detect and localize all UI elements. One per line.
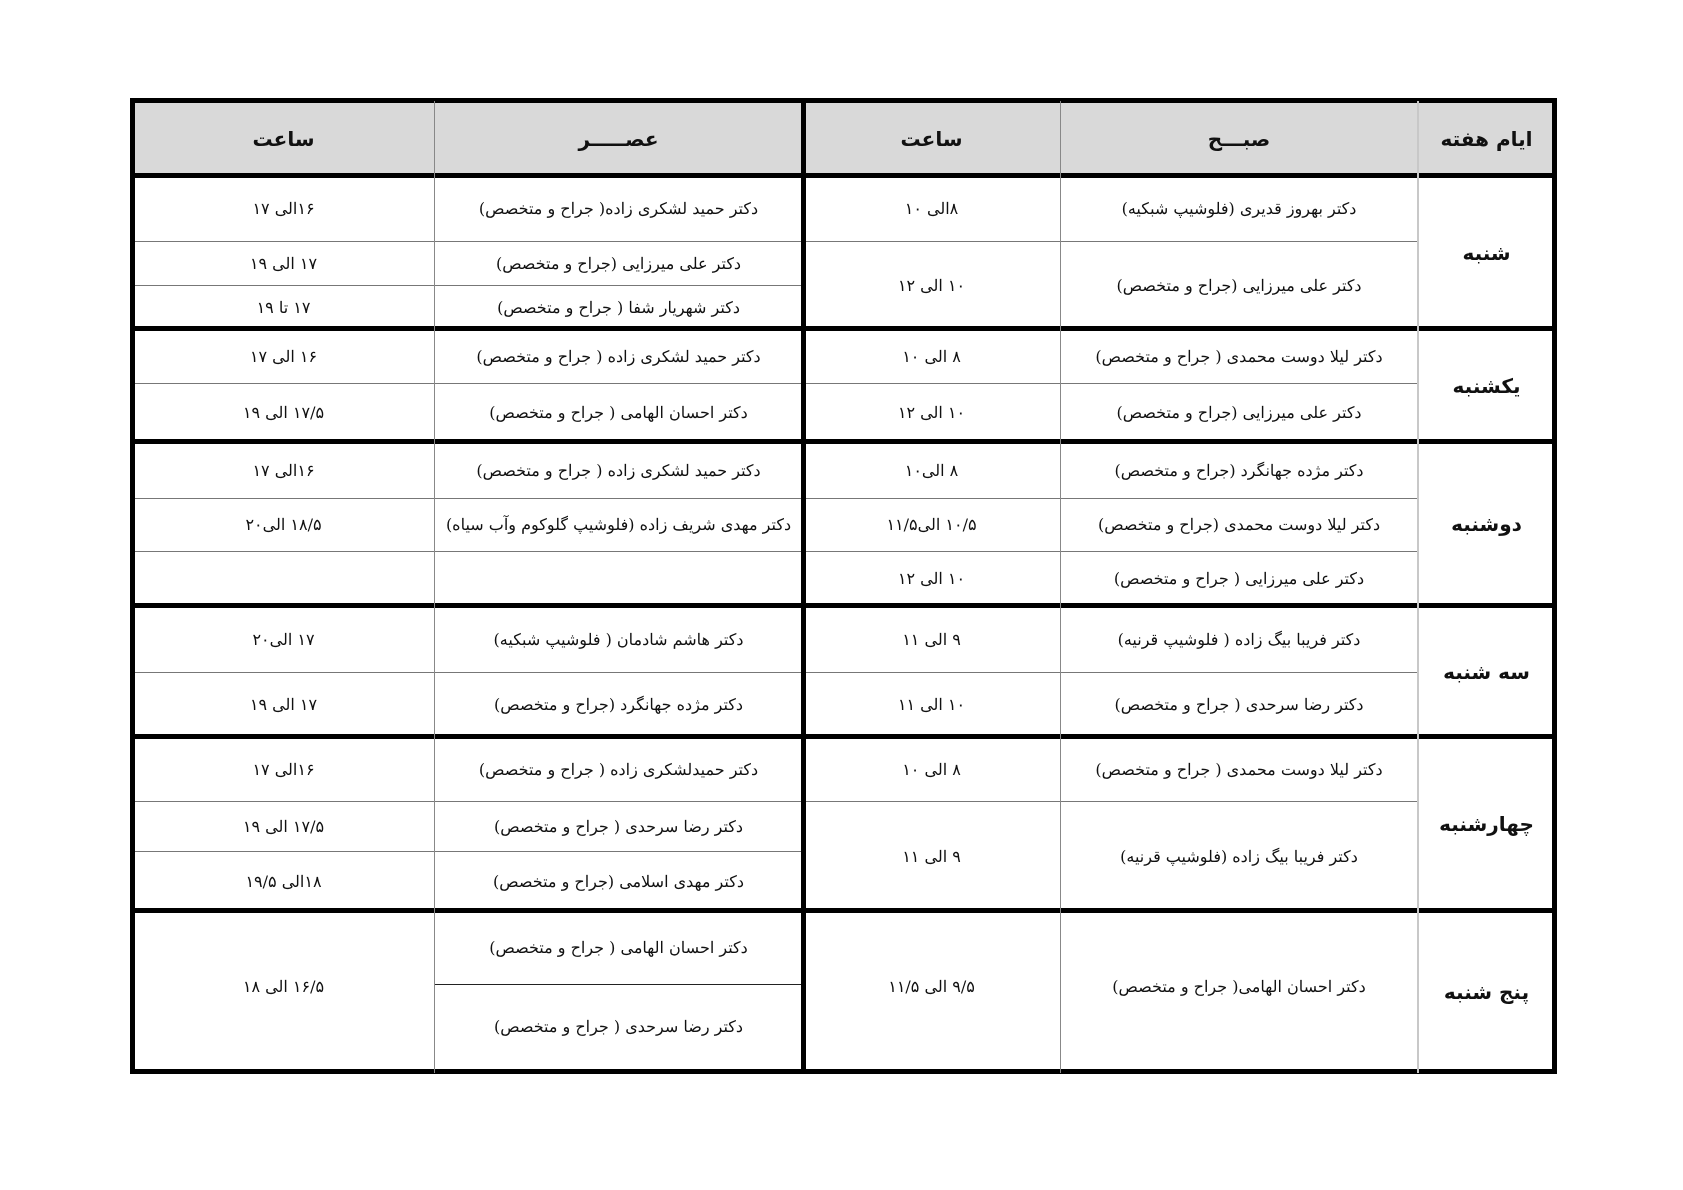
afternoon-time: ۱۶ الی ۱۷ xyxy=(133,329,434,383)
morning-doctor: دکتر لیلا دوست محمدی (جراح و متخصص) xyxy=(1060,498,1418,551)
afternoon-time: ۱۶الی ۱۷ xyxy=(133,176,434,241)
day-wednesday: چهارشنبه xyxy=(1418,737,1555,911)
day-sunday: یکشنبه xyxy=(1418,329,1555,442)
afternoon-doctor: دکتر رضا سرحدی ( جراح و متخصص) xyxy=(434,801,803,851)
row-divider xyxy=(803,241,1418,242)
afternoon-doctor: دکتر حمید لشکری زاده( جراح و متخصص) xyxy=(434,176,803,241)
afternoon-time: ۱۷/۵ الی ۱۹ xyxy=(133,801,434,851)
day-monday: دوشنبه xyxy=(1418,442,1555,606)
header-days: ایام هفته xyxy=(1418,101,1555,176)
afternoon-time: ۱۷ الی ۱۹ xyxy=(133,241,434,285)
afternoon-doctor: دکتر مهدی شریف زاده (فلوشیپ گلوکوم وآب س… xyxy=(434,498,803,551)
row-divider xyxy=(133,285,803,286)
afternoon-time: ۱۶الی ۱۷ xyxy=(133,737,434,801)
afternoon-time: ۱۸/۵ الی۲۰ xyxy=(133,498,434,551)
row-divider xyxy=(133,851,803,852)
afternoon-doctor: دکتر مژده جهانگرد (جراح و متخصص) xyxy=(434,672,803,737)
morning-time: ۸ الی ۱۰ xyxy=(803,329,1060,383)
row-divider xyxy=(133,672,1418,673)
day-divider xyxy=(133,734,1555,739)
afternoon-time: ۱۷ الی۲۰ xyxy=(133,606,434,672)
column-divider xyxy=(1060,101,1061,1073)
afternoon-doctor: دکتر احسان الهامی ( جراح و متخصص) xyxy=(434,383,803,442)
afternoon-doctor: دکتر رضا سرحدی ( جراح و متخصص) xyxy=(434,984,803,1068)
day-saturday: شنبه xyxy=(1418,176,1555,329)
morning-time: ۱۰/۵ الی۱۱/۵ xyxy=(803,498,1060,551)
table-border-bottom xyxy=(133,1069,1555,1074)
row-divider xyxy=(133,801,1418,802)
header-divider xyxy=(133,173,1555,178)
morning-time: ۸ الی ۱۰ xyxy=(803,737,1060,801)
day-divider xyxy=(133,439,1555,444)
morning-time: ۱۰ الی ۱۲ xyxy=(803,551,1060,606)
afternoon-time-empty xyxy=(133,551,434,606)
afternoon-time: ۱۶الی ۱۷ xyxy=(133,442,434,498)
morning-doctor: دکتر بهروز قدیری (فلوشیپ شبکیه) xyxy=(1060,176,1418,241)
morning-doctor: دکتر فریبا بیگ زاده (فلوشیپ قرنیه) xyxy=(1060,801,1418,911)
afternoon-doctor: دکتر علی میرزایی (جراح و متخصص) xyxy=(434,241,803,285)
afternoon-doctor: دکتر حمید لشکری زاده ( جراح و متخصص) xyxy=(434,329,803,383)
table-border-right xyxy=(1552,98,1557,1074)
morning-doctor: دکتر رضا سرحدی ( جراح و متخصص) xyxy=(1060,672,1418,737)
column-divider xyxy=(1417,101,1419,1073)
header-afternoon: عصـــــر xyxy=(434,101,803,176)
day-tuesday: سه شنبه xyxy=(1418,606,1555,737)
day-divider xyxy=(133,908,1555,913)
day-divider xyxy=(133,603,1555,608)
session-divider xyxy=(801,98,806,1074)
table-border-top xyxy=(133,98,1555,103)
afternoon-doctor: دکتر حمید لشکری زاده ( جراح و متخصص) xyxy=(434,442,803,498)
morning-time: ۱۰ الی ۱۱ xyxy=(803,672,1060,737)
afternoon-doctor: دکتر احسان الهامی ( جراح و متخصص) xyxy=(434,911,803,984)
morning-doctor: دکتر علی میرزایی ( جراح و متخصص) xyxy=(1060,551,1418,606)
morning-doctor: دکتر مژده جهانگرد (جراح و متخصص) xyxy=(1060,442,1418,498)
morning-time: ۸الی ۱۰ xyxy=(803,176,1060,241)
morning-time: ۹ الی ۱۱ xyxy=(803,606,1060,672)
afternoon-time: ۱۸الی ۱۹/۵ xyxy=(133,851,434,911)
row-divider xyxy=(133,498,1418,499)
row-divider xyxy=(133,383,1418,384)
afternoon-doctor: دکتر شهریار شفا ( جراح و متخصص) xyxy=(434,285,803,329)
row-divider xyxy=(133,551,1418,552)
morning-doctor: دکتر علی میرزایی (جراح و متخصص) xyxy=(1060,241,1418,329)
morning-time: ۱۰ الی ۱۲ xyxy=(803,383,1060,442)
column-divider xyxy=(434,101,435,1073)
morning-doctor: دکتر فریبا بیگ زاده ( فلوشیپ قرنیه) xyxy=(1060,606,1418,672)
morning-time: ۹/۵ الی ۱۱/۵ xyxy=(803,911,1060,1061)
morning-doctor: دکتر احسان الهامی( جراح و متخصص) xyxy=(1060,911,1418,1061)
morning-time: ۱۰ الی ۱۲ xyxy=(803,241,1060,329)
morning-doctor: دکتر لیلا دوست محمدی ( جراح و متخصص) xyxy=(1060,329,1418,383)
table-border-left xyxy=(130,98,135,1074)
header-afternoon-time: ساعت xyxy=(133,101,434,176)
row-divider xyxy=(434,984,803,985)
day-divider xyxy=(133,326,1555,331)
afternoon-time: ۱۷ تا ۱۹ xyxy=(133,285,434,329)
morning-time: ۸ الی۱۰ xyxy=(803,442,1060,498)
afternoon-time: ۱۷ الی ۱۹ xyxy=(133,672,434,737)
morning-doctor: دکتر لیلا دوست محمدی ( جراح و متخصص) xyxy=(1060,737,1418,801)
morning-doctor: دکتر علی میرزایی (جراح و متخصص) xyxy=(1060,383,1418,442)
schedule-table: ساعت عصـــــر ساعت صبـــح ایام هفته شنبه… xyxy=(133,101,1555,1073)
afternoon-time: ۱۷/۵ الی ۱۹ xyxy=(133,383,434,442)
row-divider xyxy=(133,241,803,242)
afternoon-doctor: دکتر هاشم شادمان ( فلوشیپ شبکیه) xyxy=(434,606,803,672)
afternoon-doctor: دکتر مهدی اسلامی (جراح و متخصص) xyxy=(434,851,803,911)
afternoon-doctor-empty xyxy=(434,551,803,606)
header-morning: صبـــح xyxy=(1060,101,1418,176)
afternoon-doctor: دکتر حمیدلشکری زاده ( جراح و متخصص) xyxy=(434,737,803,801)
day-thursday: پنج شنبه xyxy=(1418,911,1555,1073)
morning-time: ۹ الی ۱۱ xyxy=(803,801,1060,911)
header-morning-time: ساعت xyxy=(803,101,1060,176)
afternoon-time: ۱۶/۵ الی ۱۸ xyxy=(133,911,434,1061)
